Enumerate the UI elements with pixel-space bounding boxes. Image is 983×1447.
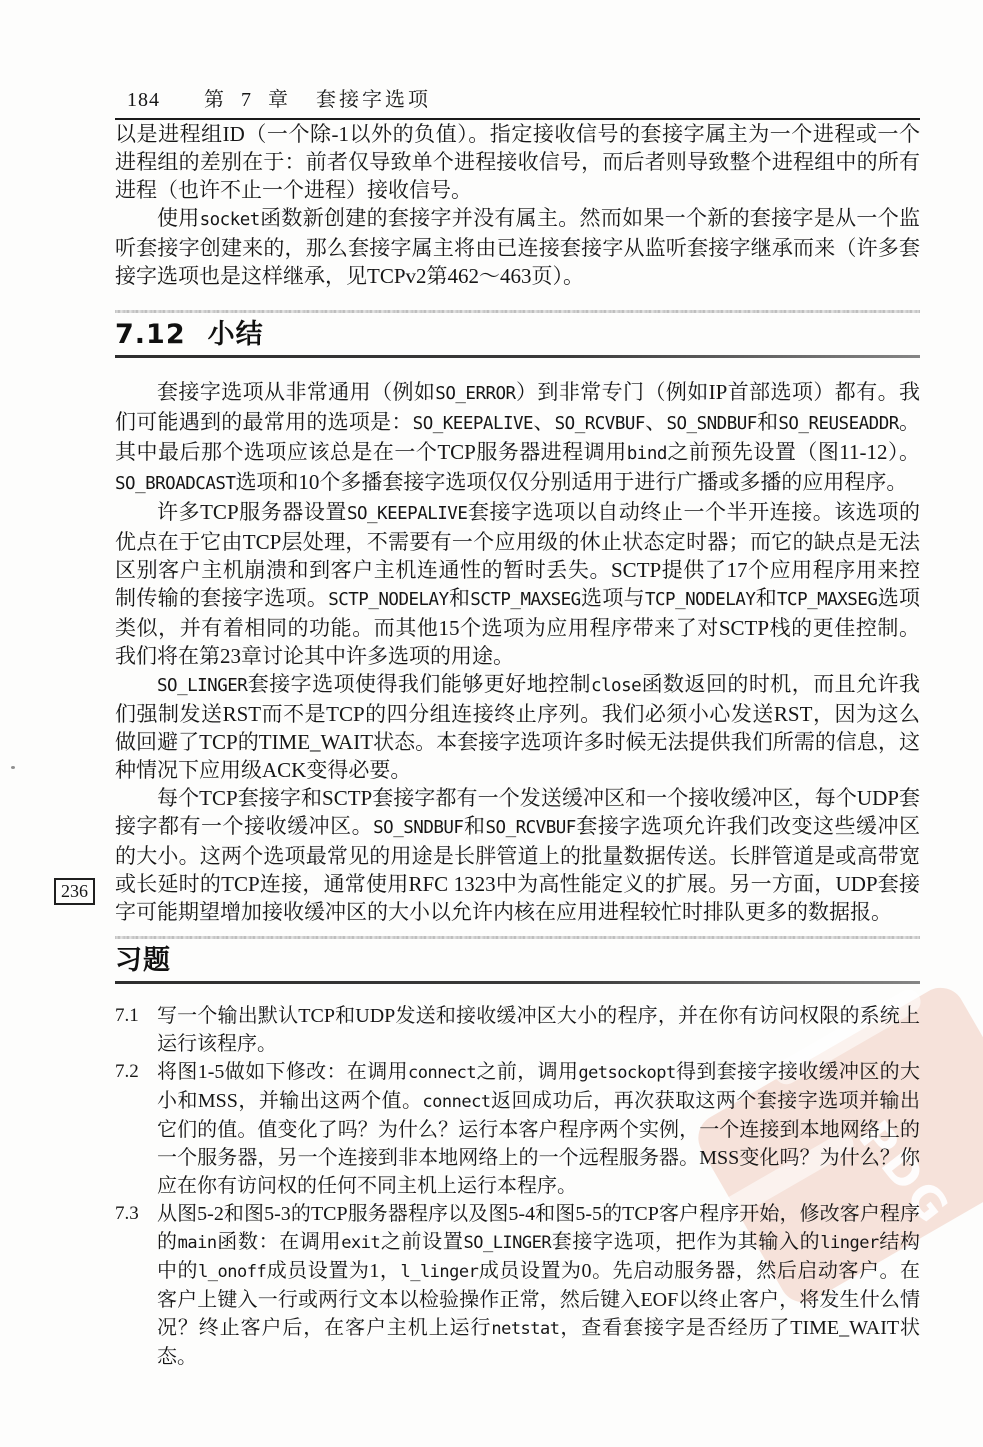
chapter-title: 套接字选项: [316, 88, 431, 112]
heading-rule: [115, 355, 920, 358]
text-run: 之前预先设置（图11-12）。: [667, 440, 920, 464]
text-run: 将图1-5做如下修改：在调用: [157, 1061, 408, 1083]
stipple-rule: [115, 310, 920, 313]
text-run: 以是进程组ID（一个除-1以外的负值）。指定接收信号的套接字属主为一个进程或一个…: [115, 122, 920, 202]
code-identifier: TCP_MAXSEG: [777, 590, 877, 610]
code-identifier: SO_BROADCAST: [115, 474, 235, 494]
code-identifier: l_onoff: [198, 1262, 266, 1282]
section-heading-text: 7.12小结: [115, 319, 920, 351]
summary-paragraph: 每个TCP套接字和SCTP套接字都有一个发送缓冲区和一个接收缓冲区，每个UDP套…: [115, 784, 920, 926]
code-identifier: SCTP_NODELAY: [328, 590, 448, 610]
scan-speck: [11, 766, 15, 769]
margin-page-marker: 236: [54, 878, 95, 905]
code-identifier: TCP_NODELAY: [645, 590, 755, 610]
text-run: 使用: [157, 206, 200, 230]
body-paragraph: 使用socket函数新创建的套接字并没有属主。然而如果一个新的套接字是从一个监听…: [115, 204, 920, 290]
code-identifier: SO_KEEPALIVE: [347, 504, 467, 524]
code-identifier: connect: [408, 1063, 476, 1083]
exercise-text: 将图1-5做如下修改：在调用connect之前，调用getsockopt得到套接…: [157, 1058, 920, 1200]
code-identifier: socket: [200, 210, 260, 230]
text-run: 套接字选项使得我们能够更好地控制: [247, 672, 591, 696]
exercise-text: 从图5-2和图5-3的TCP服务器程序以及图5-4和图5-5的TCP客户程序开始…: [157, 1200, 920, 1371]
text-run: 、: [645, 410, 667, 434]
code-identifier: SCTP_MAXSEG: [470, 590, 580, 610]
summary-paragraph: 套接字选项从非常通用（例如SO_ERROR）到非常专门（例如IP首部选项）都有。…: [115, 378, 920, 498]
exercise-number: 7.3: [115, 1200, 147, 1371]
section-heading-summary: 7.12小结: [115, 310, 920, 358]
body-paragraph: 以是进程组ID（一个除-1以外的负值）。指定接收信号的套接字属主为一个进程或一个…: [115, 120, 920, 204]
heading-rule: [115, 981, 920, 984]
text-run: 选项与: [581, 586, 645, 610]
text-run: 和: [757, 410, 779, 434]
chapter-label: 第 7 章: [204, 88, 294, 112]
code-identifier: SO_SNDBUF: [666, 414, 756, 434]
text-run: 套接字选项，把作为其输入的: [551, 1231, 820, 1253]
page-header: 184 第 7 章 套接字选项: [115, 0, 920, 120]
scanned-book-page: PDG 236 184 第 7 章 套接字选项 以是进程组ID（一个除-1以外的…: [0, 0, 983, 1447]
code-identifier: SO_KEEPALIVE: [413, 414, 533, 434]
code-identifier: main: [178, 1233, 217, 1253]
exercise-text: 写一个输出默认TCP和UDP发送和接收缓冲区大小的程序，并在你有访问权限的系统上…: [157, 1002, 920, 1058]
code-identifier: SO_ERROR: [435, 384, 515, 404]
code-identifier: SO_SNDBUF: [373, 818, 463, 838]
section-heading-text: 习题: [115, 945, 920, 977]
code-identifier: getsockopt: [578, 1063, 675, 1083]
stipple-rule: [115, 936, 920, 939]
code-identifier: bind: [627, 444, 667, 464]
exercise-item: 7.1 写一个输出默认TCP和UDP发送和接收缓冲区大小的程序，并在你有访问权限…: [115, 1002, 920, 1058]
exercise-number: 7.2: [115, 1058, 147, 1200]
section-title: 习题: [115, 945, 171, 976]
code-identifier: SO_RCVBUF: [555, 414, 645, 434]
text-run: 之前，调用: [476, 1061, 578, 1083]
section-title: 小结: [208, 319, 264, 350]
section-number: 7.12: [115, 319, 186, 350]
text-run: 函数：在调用: [217, 1231, 342, 1253]
intro-text-block: 以是进程组ID（一个除-1以外的负值）。指定接收信号的套接字属主为一个进程或一个…: [115, 120, 920, 290]
exercise-number: 7.1: [115, 1002, 147, 1058]
text-run: 成员设置为1，: [266, 1260, 400, 1282]
code-identifier: close: [591, 676, 641, 696]
summary-text-block: 套接字选项从非常通用（例如SO_ERROR）到非常专门（例如IP首部选项）都有。…: [115, 378, 920, 926]
text-run: 和: [449, 586, 471, 610]
section-heading-exercises: 习题: [115, 936, 920, 984]
text-run: 套接字选项从非常通用（例如: [157, 380, 435, 404]
exercise-list: 7.1 写一个输出默认TCP和UDP发送和接收缓冲区大小的程序，并在你有访问权限…: [115, 1002, 920, 1371]
text-run: 选项和10个多播套接字选项仅仅分别适用于进行广播或多播的应用程序。: [235, 470, 907, 494]
code-identifier: netstat: [491, 1319, 559, 1339]
code-identifier: linger: [820, 1233, 878, 1253]
text-run: 和: [755, 586, 777, 610]
exercise-item: 7.2 将图1-5做如下修改：在调用connect之前，调用getsockopt…: [115, 1058, 920, 1200]
page-content: 184 第 7 章 套接字选项 以是进程组ID（一个除-1以外的负值）。指定接收…: [115, 0, 920, 1371]
summary-paragraph: SO_LINGER套接字选项使得我们能够更好地控制close函数返回的时机，而且…: [115, 670, 920, 784]
text-run: 、: [533, 410, 555, 434]
text-run: 许多TCP服务器设置: [157, 500, 347, 524]
summary-paragraph: 许多TCP服务器设置SO_KEEPALIVE套接字选项以自动终止一个半开连接。该…: [115, 498, 920, 670]
code-identifier: SO_LINGER: [463, 1233, 551, 1253]
text-run: 写一个输出默认TCP和UDP发送和接收缓冲区大小的程序，并在你有访问权限的系统上…: [157, 1005, 920, 1055]
code-identifier: SO_RCVBUF: [486, 818, 576, 838]
page-number: 184: [127, 88, 160, 112]
code-identifier: connect: [422, 1092, 490, 1112]
code-identifier: l_linger: [400, 1262, 478, 1282]
text-run: 和: [463, 814, 485, 838]
code-identifier: SO_REUSEADDR: [778, 414, 898, 434]
text-run: 之前设置: [380, 1231, 463, 1253]
code-identifier: SO_LINGER: [157, 676, 247, 696]
exercise-item: 7.3 从图5-2和图5-3的TCP服务器程序以及图5-4和图5-5的TCP客户…: [115, 1200, 920, 1371]
code-identifier: exit: [341, 1233, 380, 1253]
